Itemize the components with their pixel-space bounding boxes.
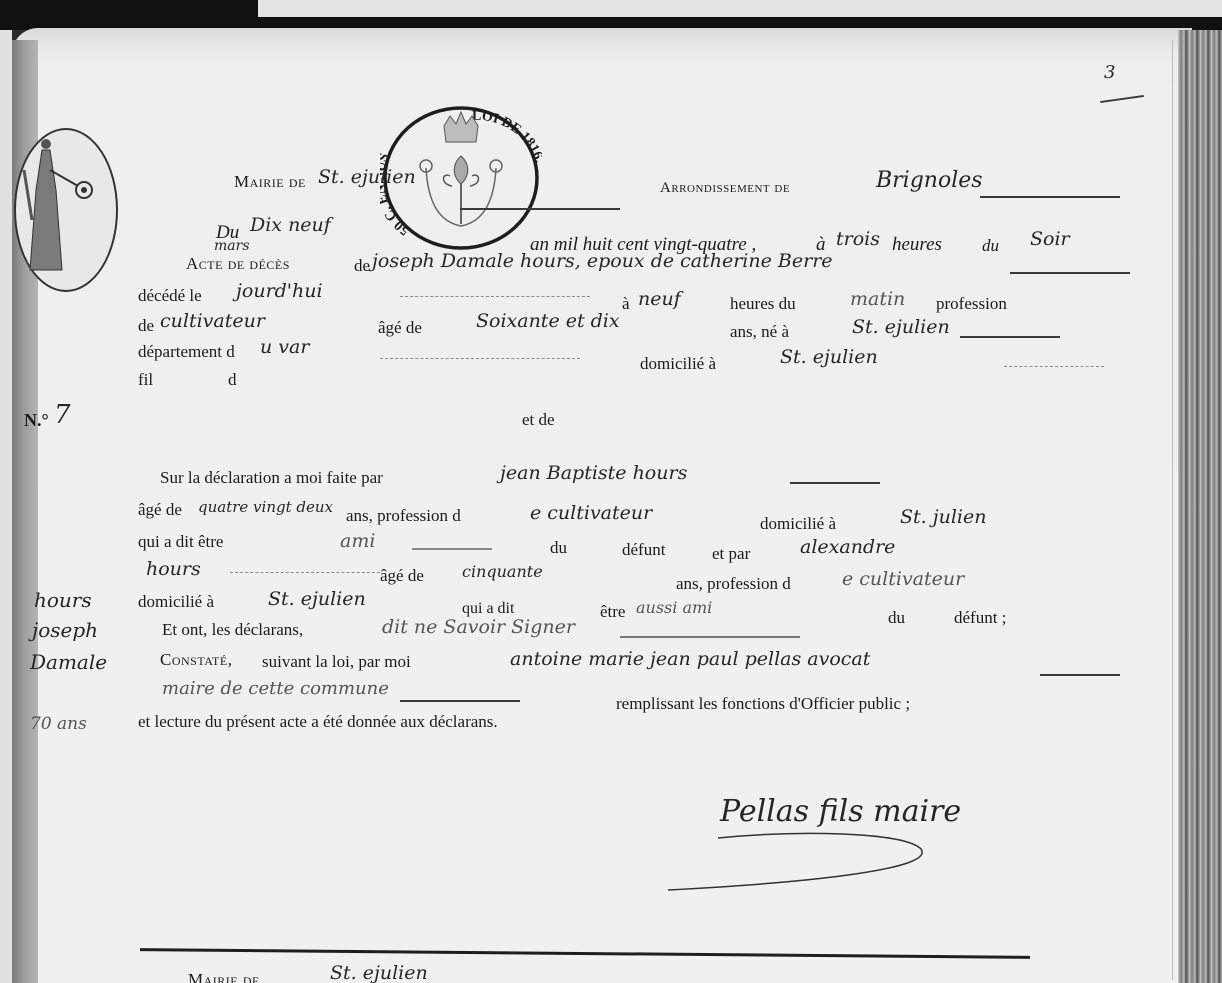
declarant-1-name: jean Baptiste hours bbox=[500, 462, 687, 484]
officer-title-underline bbox=[400, 700, 520, 702]
next-mairie-value: St. ejulien bbox=[330, 962, 428, 983]
declarant-1-relation-label: qui a dit être bbox=[138, 532, 223, 552]
hours-label: heures bbox=[892, 234, 942, 256]
date-month-value: mars bbox=[214, 238, 250, 254]
declarant-2-relation-value: aussi ami bbox=[636, 598, 712, 617]
lecture-text: et lecture du présent acte a été donnée … bbox=[138, 712, 498, 732]
department-value: u var bbox=[260, 336, 309, 358]
svg-text:LOI DE 1816.: LOI DE 1816. bbox=[472, 109, 542, 165]
date-day-value: Dix neuf bbox=[250, 214, 331, 236]
declarant-1-age-value: quatre vingt deux bbox=[198, 498, 333, 516]
declarant-2-du-label: du bbox=[888, 608, 905, 628]
signature-flourish-icon bbox=[660, 820, 940, 900]
declarant-2-last-name: hours bbox=[146, 558, 201, 580]
declarant-1-domicile-label: domicilié à bbox=[760, 514, 836, 534]
officer-value: antoine marie jean paul pellas avocat bbox=[510, 648, 870, 670]
fils-d-label: d bbox=[228, 370, 237, 390]
constate-label: Constaté, bbox=[160, 650, 232, 669]
declarant-1-defunt-label: défunt bbox=[622, 540, 665, 560]
period-value: Soir bbox=[1030, 228, 1070, 250]
declarant-2-age-label: âgé de bbox=[380, 566, 424, 586]
declarant-2-name-filler bbox=[230, 572, 380, 574]
stamp-text-left: 50 C. EN SUS bbox=[380, 151, 412, 238]
period-morning-value: matin bbox=[850, 288, 905, 310]
declarant-1-relation-value: ami bbox=[340, 530, 375, 552]
hour-prefix: à bbox=[622, 294, 630, 314]
birthplace-underline bbox=[960, 336, 1060, 338]
declarant-1-relation-underline bbox=[412, 548, 492, 550]
act-prefix: de bbox=[354, 256, 370, 276]
department-filler bbox=[380, 358, 580, 360]
declarant-1-underline bbox=[790, 482, 880, 484]
profession-prefix: de bbox=[138, 316, 154, 336]
margin-note-line-4: 70 ans bbox=[30, 714, 87, 734]
act-deceased-value: joseph Damale hours, epoux de catherine … bbox=[372, 250, 833, 272]
act-number-label: N.° bbox=[24, 410, 49, 431]
birthplace-value: St. ejulien bbox=[852, 316, 950, 338]
act-number-value: 7 bbox=[54, 400, 71, 430]
decede-label: décédé le bbox=[138, 286, 202, 306]
domicile-label: domicilié à bbox=[640, 354, 716, 374]
declarant-1-domicile-value: St. julien bbox=[900, 506, 987, 528]
age-label: âgé de bbox=[378, 318, 422, 338]
hours-du-label: heures du bbox=[730, 294, 796, 314]
book-right-edge bbox=[1178, 30, 1222, 983]
ans-ne-label: ans, né à bbox=[730, 322, 789, 342]
declaration-intro: Sur la déclaration a moi faite par bbox=[160, 468, 383, 488]
previous-page-edge bbox=[258, 0, 1222, 17]
profession-label: profession bbox=[936, 294, 1007, 314]
domicile-filler bbox=[1004, 366, 1104, 368]
signatures-label: Et ont, les déclarans, bbox=[162, 620, 303, 640]
decede-value: jourd'hui bbox=[236, 280, 323, 302]
officer-underline bbox=[1040, 674, 1120, 676]
act-underline bbox=[1010, 272, 1130, 274]
margin-note-line-3: Damale bbox=[30, 650, 107, 674]
declarant-1-profession-label: ans, profession d bbox=[346, 506, 461, 526]
et-de-label: et de bbox=[522, 410, 555, 430]
declarant-1-profession-value: e cultivateur bbox=[530, 502, 652, 524]
constate-text: suivant la loi, par moi bbox=[262, 652, 411, 672]
act-label: Acte de décès bbox=[186, 254, 290, 274]
margin-note-line-1: hours bbox=[34, 588, 92, 612]
declarant-2-first-name: alexandre bbox=[800, 536, 895, 558]
declarant-2-defunt-label: défunt ; bbox=[954, 608, 1006, 628]
arrondissement-underline bbox=[980, 196, 1120, 198]
page-margin-line bbox=[1172, 40, 1173, 980]
period-prefix: du bbox=[982, 236, 999, 256]
left-page-edge bbox=[0, 30, 12, 983]
declarant-2-domicile-label: domicilié à bbox=[138, 592, 214, 612]
signatures-value: dit ne Savoir Signer bbox=[382, 616, 575, 638]
department-label: département d bbox=[138, 342, 235, 362]
time-value: trois bbox=[836, 228, 880, 250]
fils-label: fil bbox=[138, 370, 153, 390]
declarant-2-etre-label: être bbox=[600, 602, 625, 622]
et-par-label: et par bbox=[712, 544, 750, 564]
marianne-seal-icon bbox=[14, 128, 118, 292]
hour-value: neuf bbox=[638, 288, 681, 310]
next-mairie-label: Mairie de bbox=[188, 970, 260, 983]
declarant-2-profession-label: ans, profession d bbox=[676, 574, 791, 594]
arrondissement-value: Brignoles bbox=[876, 168, 983, 193]
arrondissement-label: Arrondissement de bbox=[660, 180, 790, 197]
profession-value: cultivateur bbox=[160, 310, 265, 332]
mairie-value: St. ejulien bbox=[318, 166, 416, 188]
mairie-underline bbox=[460, 208, 620, 210]
mairie-label: Mairie de bbox=[234, 172, 306, 192]
remplissant-text: remplissant les fonctions d'Officier pub… bbox=[616, 694, 910, 714]
svg-text:50 C. EN SUS: 50 C. EN SUS bbox=[380, 151, 412, 238]
signatures-underline bbox=[620, 636, 800, 638]
page-number-mark: 3 bbox=[1104, 62, 1115, 83]
margin-note-line-2: joseph bbox=[32, 618, 98, 642]
declarant-1-du-label: du bbox=[550, 538, 567, 558]
age-value: Soixante et dix bbox=[476, 310, 620, 332]
stamp-text-right: LOI DE 1816. bbox=[472, 109, 542, 165]
declarant-2-domicile-value: St. ejulien bbox=[268, 588, 366, 610]
officer-title: maire de cette commune bbox=[162, 678, 389, 699]
domicile-value: St. ejulien bbox=[780, 346, 878, 368]
decede-filler bbox=[400, 296, 590, 298]
declarant-2-age-value: cinquante bbox=[462, 562, 543, 581]
declarant-1-age-label: âgé de bbox=[138, 500, 182, 520]
declarant-2-profession-value: e cultivateur bbox=[842, 568, 964, 590]
